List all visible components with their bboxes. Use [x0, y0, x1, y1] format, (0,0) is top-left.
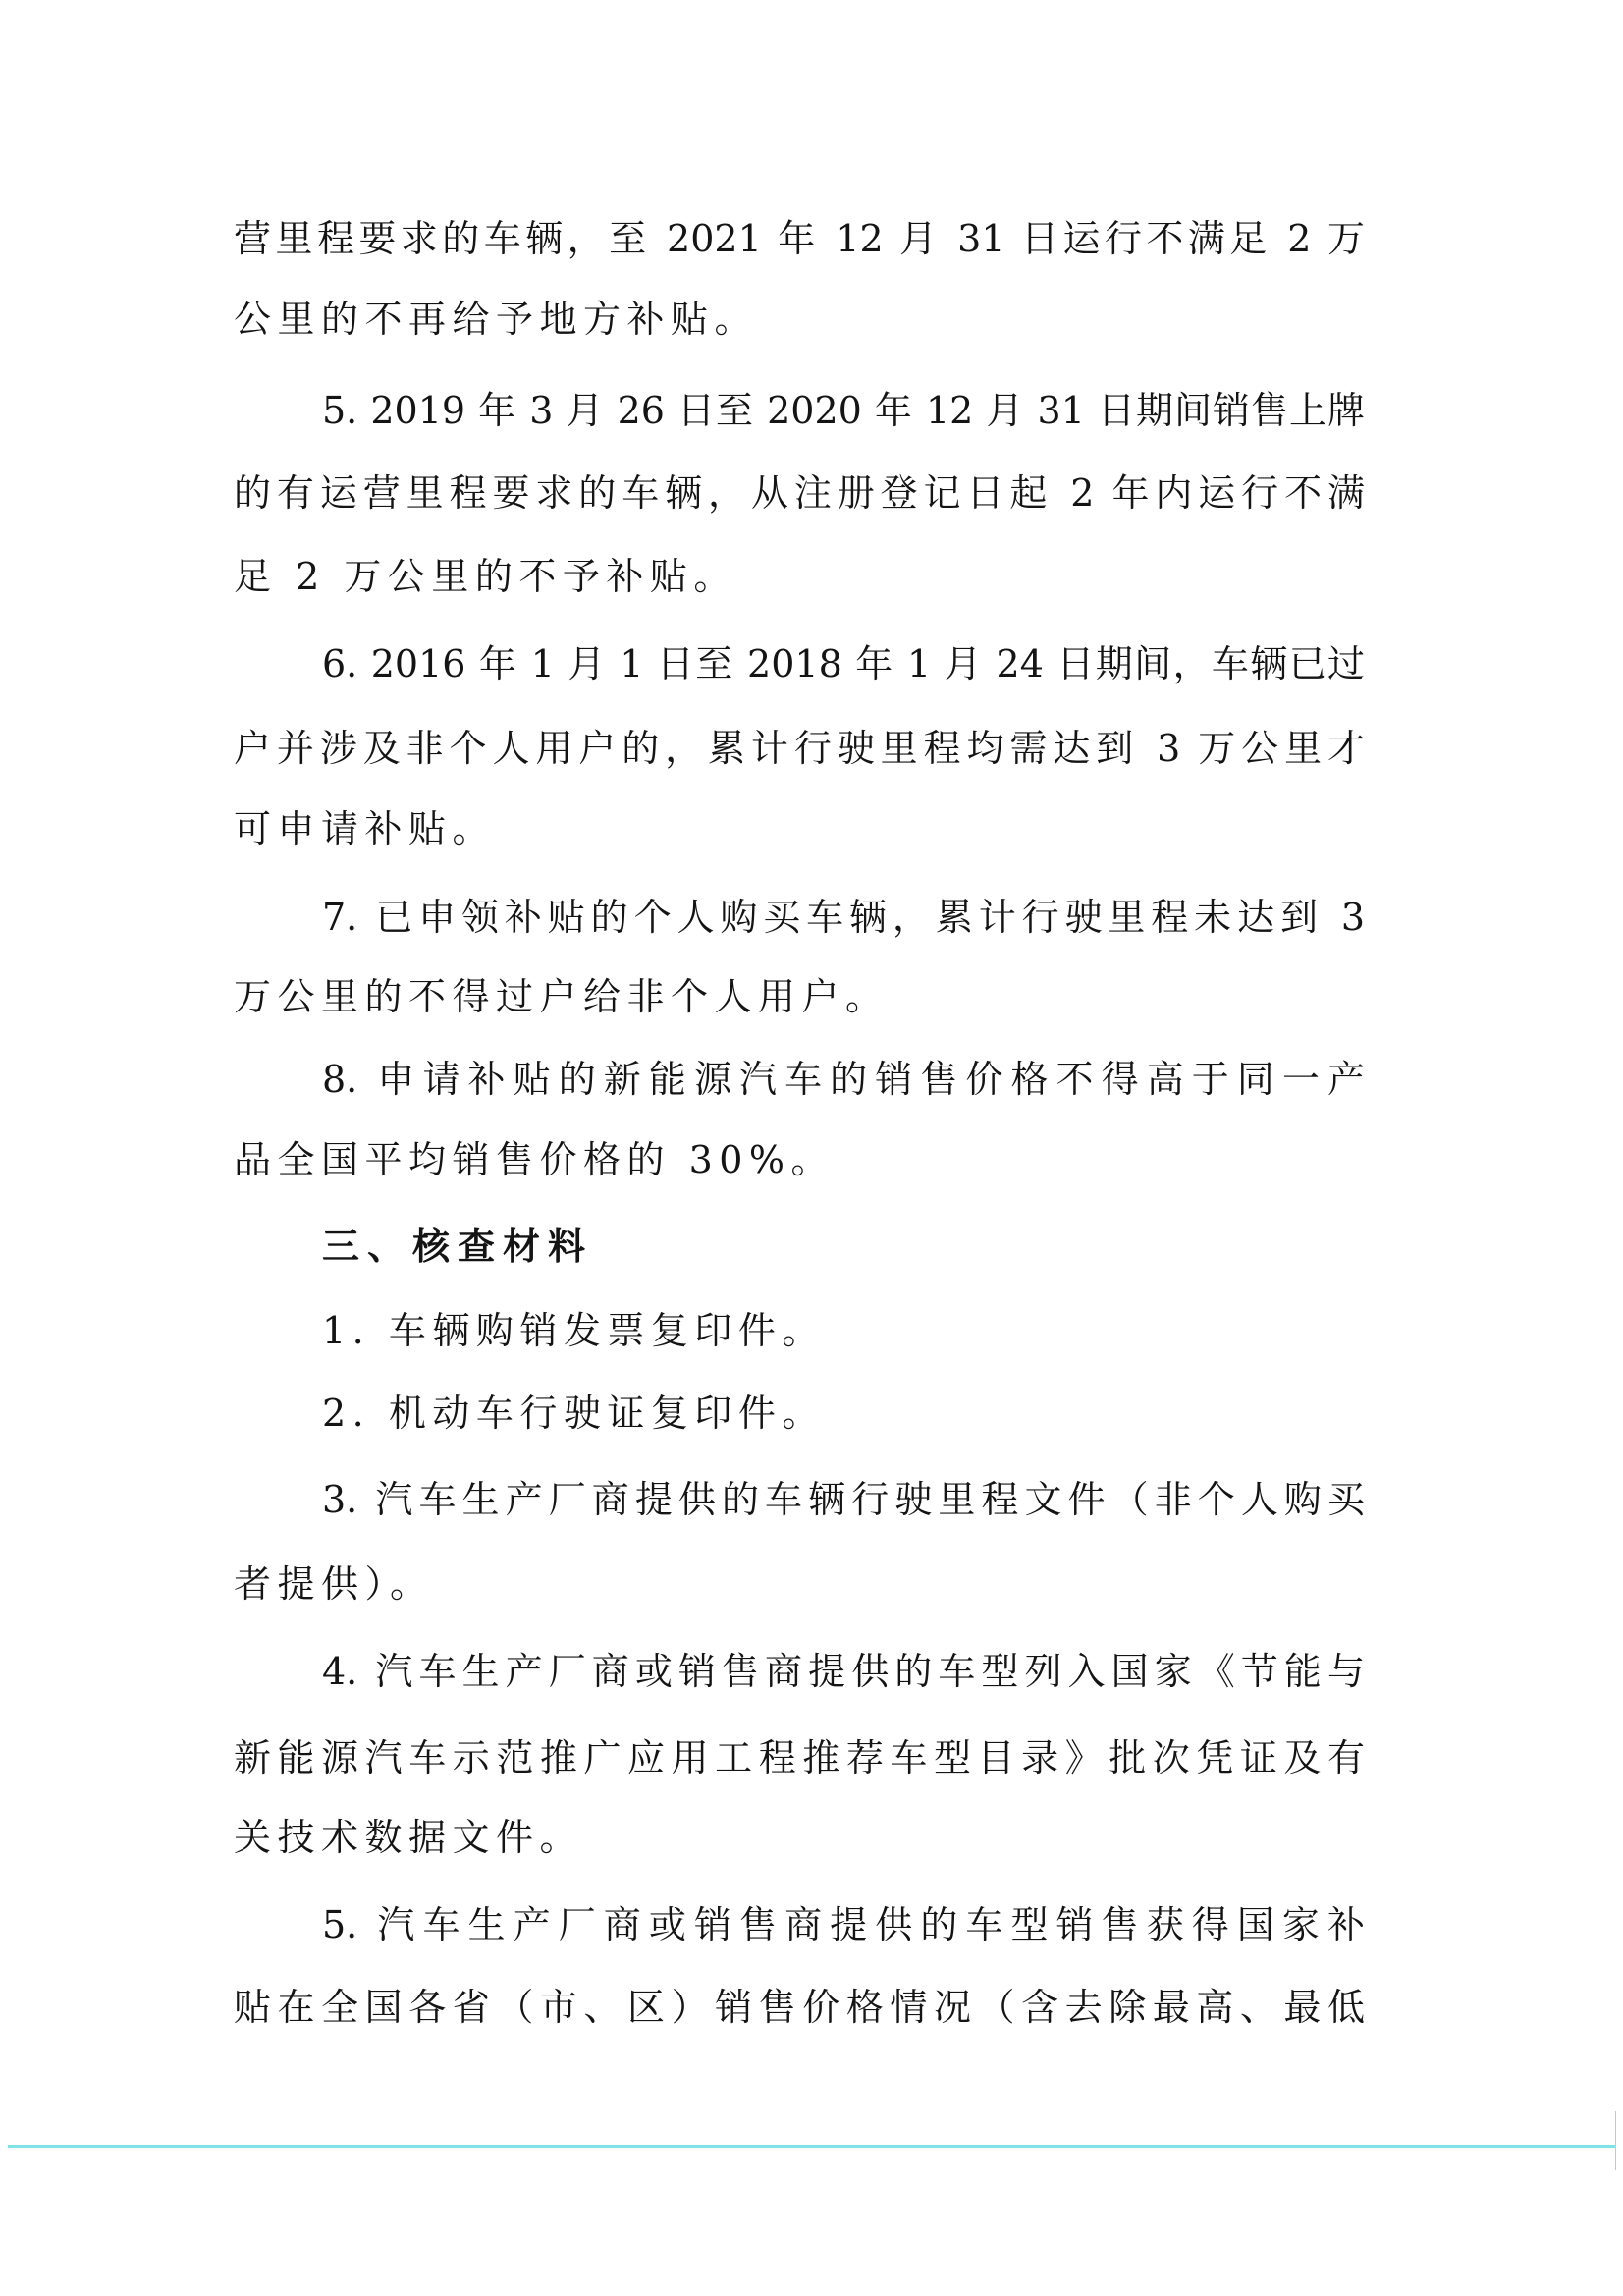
- material-3-mileage-file: 3. 汽车生产厂商提供的车辆行驶里程文件（非个人购买: [322, 1475, 1365, 1524]
- text-line-17: 者提供）。: [234, 1559, 1365, 1609]
- material-1-invoice: 1. 车辆购销发票复印件。: [322, 1306, 1365, 1355]
- item-5-mileage-2019: 5. 2019 年 3 月 26 日至 2020 年 12 月 31 日期间销售…: [322, 386, 1365, 435]
- scan-edge-mark: [1615, 2111, 1616, 2170]
- item-7-personal-vehicle: 7. 已申领补贴的个人购买车辆，累计行驶里程未达到 3: [322, 893, 1365, 942]
- text-line-22: 贴在全国各省（市、区）销售价格情况（含去除最高、最低: [234, 1983, 1365, 2032]
- text-line-5: 足 2 万公里的不予补贴。: [234, 552, 1365, 601]
- text-line-20: 关技术数据文件。: [234, 1813, 1365, 1862]
- text-line-10: 万公里的不得过户给非个人用户。: [234, 972, 1365, 1021]
- footer-divider-line: [8, 2145, 1615, 2148]
- material-5-price-report: 5. 汽车生产厂商或销售商提供的车型销售获得国家补: [322, 1900, 1365, 1949]
- text-line-8: 可申请补贴。: [234, 804, 1365, 853]
- text-line-4: 的有运营里程要求的车辆，从注册登记日起 2 年内运行不满: [234, 468, 1365, 518]
- text-line-12: 品全国平均销售价格的 30%。: [234, 1135, 1365, 1184]
- material-2-license: 2. 机动车行驶证复印件。: [322, 1389, 1365, 1438]
- text-line-1: 营里程要求的车辆，至 2021 年 12 月 31 日运行不满足 2 万: [234, 214, 1365, 263]
- item-6-transfer-2016: 6. 2016 年 1 月 1 日至 2018 年 1 月 24 日期间，车辆已…: [322, 639, 1365, 688]
- text-line-2: 公里的不再给予地方补贴。: [234, 295, 1365, 344]
- item-8-sale-price: 8. 申请补贴的新能源汽车的销售价格不得高于同一产: [322, 1055, 1365, 1104]
- document-page: 营里程要求的车辆，至 2021 年 12 月 31 日运行不满足 2 万 公里的…: [0, 0, 1623, 2296]
- material-4-catalog-voucher: 4. 汽车生产厂商或销售商提供的车型列入国家《节能与: [322, 1647, 1365, 1696]
- text-line-19: 新能源汽车示范推广应用工程推荐车型目录》批次凭证及有: [234, 1733, 1365, 1782]
- text-line-7: 户并涉及非个人用户的，累计行驶里程均需达到 3 万公里才: [234, 724, 1365, 773]
- section-heading-verification-materials: 三、核查材料: [322, 1222, 1365, 1271]
